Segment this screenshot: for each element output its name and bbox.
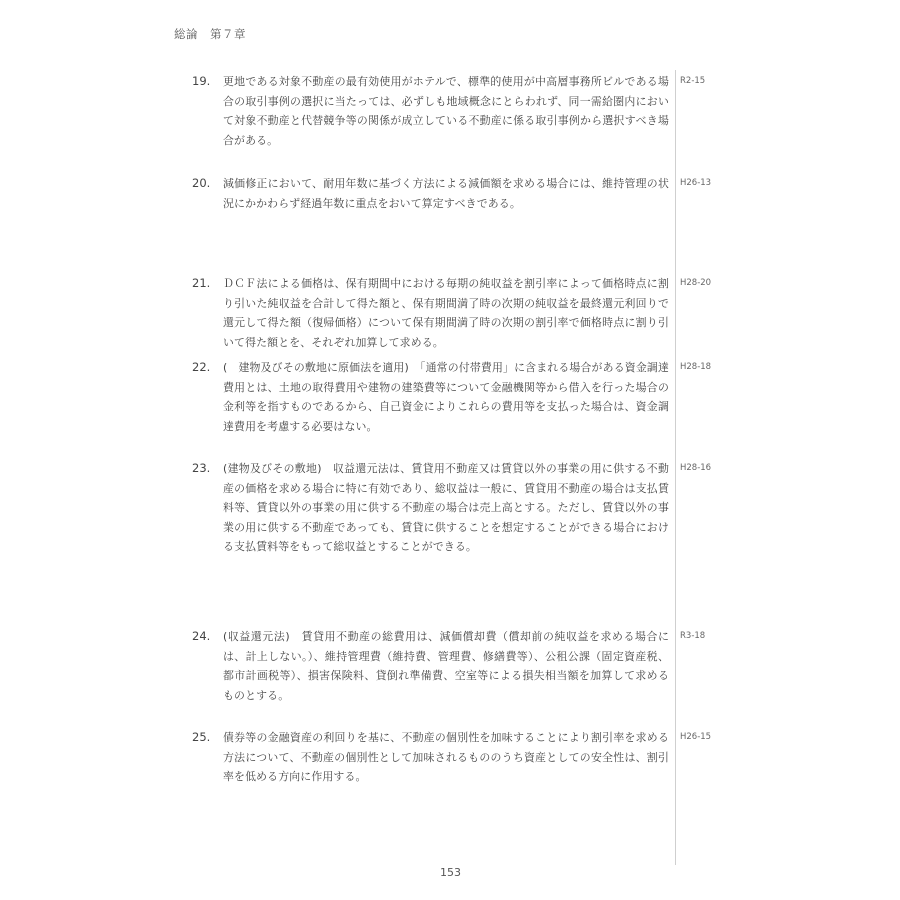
- exam-reference: H26-13: [680, 174, 711, 194]
- exam-reference: R3-18: [680, 627, 705, 647]
- question-number: 25.: [192, 728, 222, 748]
- question-text: (収益還元法) 賃貸用不動産の総費用は、減価償却費（償却前の純収益を求める場合に…: [223, 627, 669, 705]
- exam-reference: H26-15: [680, 728, 711, 748]
- question-text: (建物及びその敷地) 収益還元法は、賃貸用不動産又は賃貸以外の事業の用に供する不…: [223, 459, 669, 557]
- question-text: ＤＣＦ法による価格は、保有期間中における毎期の純収益を割引率によって価格時点に割…: [223, 274, 669, 352]
- question-text: ( 建物及びその敷地に原価法を適用) 「通常の付帯費用」に含まれる場合がある資金…: [223, 358, 669, 436]
- question-text: 債券等の金融資産の利回りを基に、不動産の個別性を加味することにより割引率を求める…: [223, 728, 669, 787]
- question-number: 22.: [192, 358, 222, 378]
- question-number: 23.: [192, 459, 222, 479]
- question-number: 24.: [192, 627, 222, 647]
- exam-reference: H28-20: [680, 274, 711, 294]
- question-text: 減価修正において、耐用年数に基づく方法による減価額を求める場合には、維持管理の状…: [223, 174, 669, 213]
- question-number: 21.: [192, 274, 222, 294]
- question-text: 更地である対象不動産の最有効使用がホテルで、標準的使用が中高層事務所ビルである場…: [223, 72, 669, 150]
- reference-divider-line: [675, 70, 676, 865]
- question-number: 20.: [192, 174, 222, 194]
- question-number: 19.: [192, 72, 222, 92]
- exam-reference: H28-16: [680, 459, 711, 479]
- chapter-header: 総論 第７章: [174, 26, 246, 42]
- page-number: 153: [440, 866, 461, 879]
- exam-reference: R2-15: [680, 72, 705, 92]
- exam-reference: H28-18: [680, 358, 711, 378]
